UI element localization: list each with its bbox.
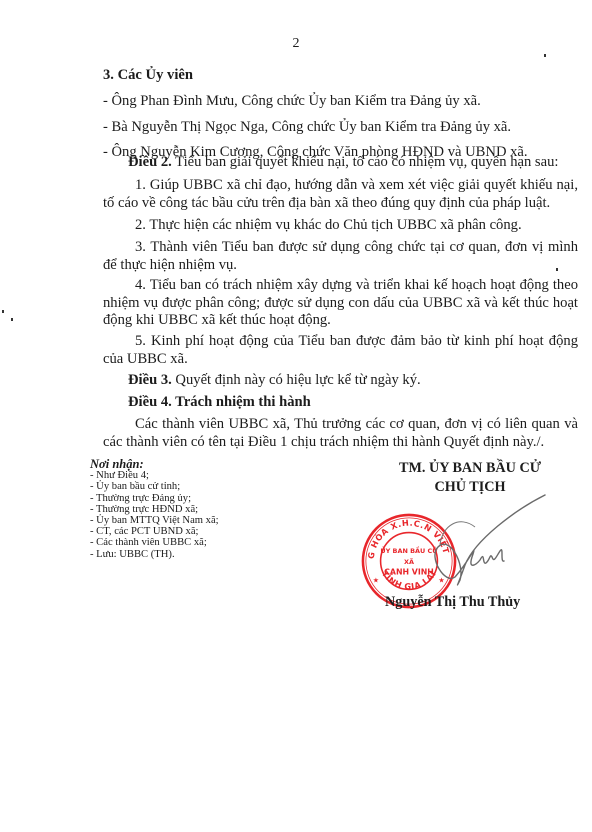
article-2-item: 5. Kinh phí hoạt động của Tiểu ban được … [103, 333, 578, 368]
article-label: Điều 3. [128, 372, 172, 388]
article-2-item: 3. Thành viên Tiểu ban được sử dụng công… [103, 239, 578, 274]
article-2-item: 2. Thực hiện các nhiệm vụ khác do Chủ tị… [103, 217, 578, 235]
article-label: Điều 2. [128, 154, 172, 170]
article-text: Quyết định này có hiệu lực kể từ ngày ký… [172, 372, 421, 388]
recipient-item: - Ủy ban MTTQ Việt Nam xã; [90, 515, 219, 526]
signer-name: Nguyễn Thị Thu Thủy [385, 594, 520, 611]
page-number: 2 [0, 36, 592, 52]
member-item: - Bà Nguyễn Thị Ngọc Nga, Công chức Ủy b… [103, 119, 511, 136]
article-4-text: Các thành viên UBBC xã, Thủ trưởng các c… [103, 416, 578, 451]
recipients-list: - Như Điều 4;- Ủy ban bầu cử tỉnh;- Thườ… [90, 470, 219, 560]
recipient-item: - Thường trực Đảng ủy; [90, 493, 219, 504]
article-2-intro: Điều 2. Tiểu ban giải quyết khiếu nại, t… [128, 154, 558, 171]
recipients-title: Nơi nhận: [90, 459, 219, 470]
signature-line-1: TM. ỦY BAN BẦU CỬ [370, 459, 570, 478]
article-3: Điều 3. Quyết định này có hiệu lực kể từ… [128, 372, 421, 389]
svg-text:★: ★ [373, 577, 379, 585]
article-2-item: 4. Tiểu ban có trách nhiệm xây dựng và t… [103, 277, 578, 330]
svg-text:CANH VINH: CANH VINH [384, 568, 434, 577]
scan-speck [11, 318, 13, 321]
svg-text:XÃ: XÃ [404, 557, 414, 566]
scan-speck [556, 268, 558, 271]
member-item: - Ông Phan Đình Mưu, Công chức Ủy ban Ki… [103, 93, 481, 110]
scan-speck [2, 310, 4, 313]
recipient-item: - Như Điều 4; [90, 470, 219, 481]
scan-speck [544, 54, 546, 57]
recipient-item: - Các thành viên UBBC xã; [90, 537, 219, 548]
recipient-item: - Lưu: UBBC (TH). [90, 549, 219, 560]
article-2-item: 1. Giúp UBBC xã chỉ đạo, hướng dẫn và xe… [103, 177, 578, 212]
recipient-item: - Thường trực HĐND xã; [90, 504, 219, 515]
recipient-item: - CT, các PCT UBND xã; [90, 526, 219, 537]
recipient-item: - Ủy ban bầu cử tỉnh; [90, 481, 219, 492]
article-text: Tiểu ban giải quyết khiếu nại, tố cáo có… [172, 154, 559, 170]
recipients-block: Nơi nhận: - Như Điều 4;- Ủy ban bầu cử t… [90, 459, 219, 560]
article-4-heading: Điều 4. Trách nhiệm thi hành [128, 394, 311, 411]
handwritten-signature-icon [430, 485, 550, 595]
section-heading: 3. Các Ủy viên [103, 67, 193, 84]
